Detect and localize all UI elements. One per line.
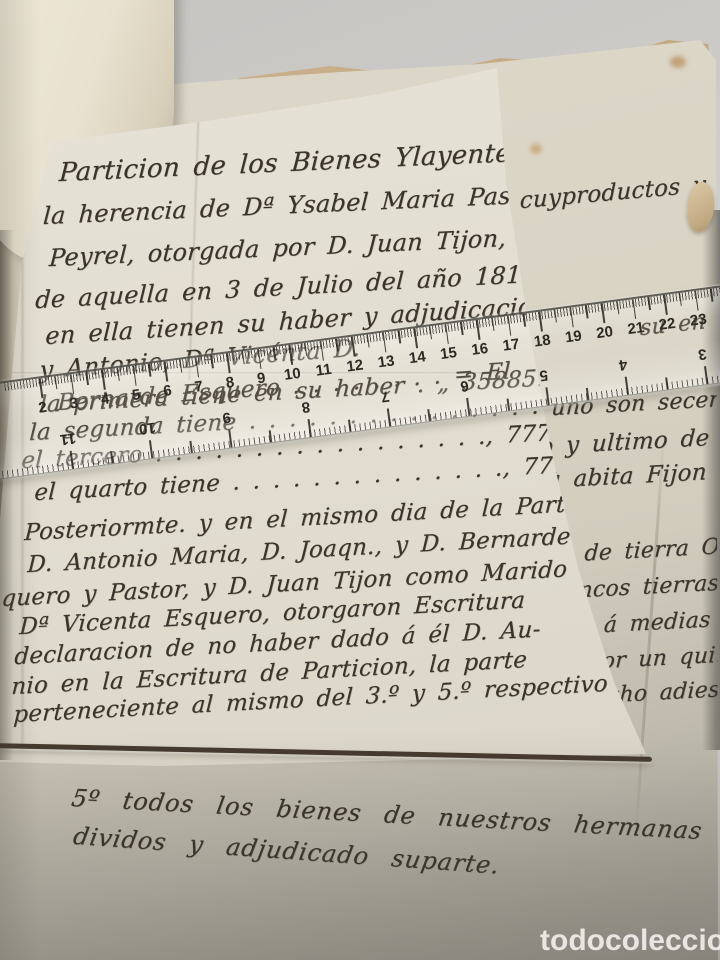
ruler-inch-number: 6 <box>459 377 470 395</box>
ruler-cm-number: 9 <box>256 370 267 388</box>
manuscript-fragment-4: la abita Fijon <box>539 459 708 494</box>
ruler-cm-number: 12 <box>346 356 365 375</box>
ruler-inch-number: 3 <box>697 345 708 363</box>
ruler-cm-number: 14 <box>408 348 427 367</box>
manuscript-line-1: la herencia de Dª Ysabel Maria Pastor <box>42 180 548 230</box>
manuscript-fragment-3: o y ultimo de <box>539 425 711 460</box>
ruler-cm-number: 20 <box>595 323 614 342</box>
ruler-inch-number: 8 <box>301 398 312 416</box>
ruler-cm-number: 8 <box>225 374 236 392</box>
manuscript-photo: cuyproductos ysu enuno son secenta —o y … <box>0 0 720 960</box>
ruler-inch-number: 7 <box>380 387 391 405</box>
ruler-cm-number: 13 <box>377 352 396 371</box>
ruler-inch-number: 9 <box>221 408 232 426</box>
ruler-cm-number: 19 <box>564 327 583 346</box>
manuscript-line-0: Particion de los Bienes Ylayentes <box>58 138 525 188</box>
paper-stain <box>670 56 686 68</box>
ruler-inch-number: 11 <box>59 429 77 448</box>
paper-crease <box>633 430 665 849</box>
ruler-cm-number: 4 <box>100 390 111 408</box>
manuscript-fragment-0: cuyproductos y <box>520 172 707 214</box>
ruler-cm-number: 23 <box>689 311 708 330</box>
paper-stain <box>530 144 542 154</box>
ruler-cm-number: 10 <box>283 365 302 384</box>
ruler-cm-number: 11 <box>315 361 333 380</box>
book-gutter-shadow <box>0 230 14 760</box>
ruler-cm-number: 18 <box>533 331 552 350</box>
ruler-cm-number: 5 <box>131 386 142 404</box>
ruler-cm-number: 2 <box>37 399 48 417</box>
ruler-cm-number: 15 <box>439 344 458 363</box>
ruler-cm-number: 22 <box>658 315 677 334</box>
ruler-cm-number: 7 <box>194 378 205 396</box>
watermark-text: todocoleccion <box>540 924 720 958</box>
ruler-cm-number: 3 <box>69 395 80 413</box>
ruler-cm-number: 17 <box>502 336 521 355</box>
ruler-cm-number: 16 <box>470 340 489 359</box>
ruler-cm-number: 6 <box>162 382 173 400</box>
ruler-inch-number: 5 <box>539 366 550 384</box>
ruler-inch-number: 4 <box>618 356 629 374</box>
ruler-inch-number: 10 <box>138 418 157 437</box>
ruler-cm-number: 21 <box>627 319 646 338</box>
